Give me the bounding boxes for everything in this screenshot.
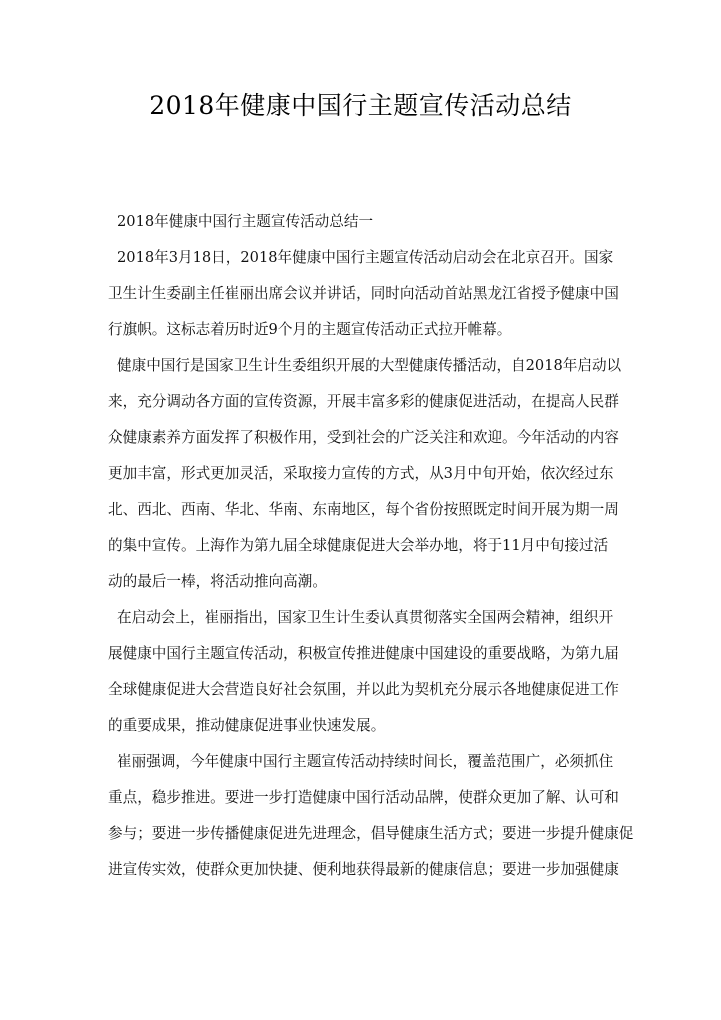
paragraph-line: 行旗帜。这标志着历时近9个月的主题宣传活动正式拉开帷幕。	[108, 312, 628, 348]
paragraph-line: 的重要成果，推动健康促进事业快速发展。	[108, 708, 628, 744]
subtitle-line: 2018年健康中国行主题宣传活动总结一	[108, 204, 628, 240]
paragraph-line: 北、西北、西南、华北、华南、东南地区，每个省份按照既定时间开展为期一周	[108, 492, 628, 528]
paragraph-line: 动的最后一棒，将活动推向高潮。	[108, 564, 628, 600]
paragraph-line: 重点，稳步推进。要进一步打造健康中国行活动品牌，使群众更加了解、认可和	[108, 780, 628, 816]
paragraph-line: 全球健康促进大会营造良好社会氛围，并以此为契机充分展示各地健康促进工作	[108, 672, 628, 708]
paragraph-line: 参与；要进一步传播健康促进先进理念，倡导健康生活方式；要进一步提升健康促	[108, 816, 628, 852]
paragraph-line: 崔丽强调，今年健康中国行主题宣传活动持续时间长，覆盖范围广，必须抓住	[108, 744, 628, 780]
paragraph-line: 健康中国行是国家卫生计生委组织开展的大型健康传播活动，自2018年启动以	[108, 348, 628, 384]
paragraph-line: 卫生计生委副主任崔丽出席会议并讲话，同时向活动首站黑龙江省授予健康中国	[108, 276, 628, 312]
paragraph-line: 更加丰富，形式更加灵活，采取接力宣传的方式，从3月中旬开始，依次经过东	[108, 456, 628, 492]
paragraph-line: 进宣传实效，使群众更加快捷、便利地获得最新的健康信息；要进一步加强健康	[108, 852, 628, 888]
paragraph-line: 来，充分调动各方面的宣传资源，开展丰富多彩的健康促进活动，在提高人民群	[108, 384, 628, 420]
paragraph-line: 2018年3月18日，2018年健康中国行主题宣传活动启动会在北京召开。国家	[108, 240, 628, 276]
document-title: 2018年健康中国行主题宣传活动总结	[0, 88, 721, 124]
paragraph-line: 的集中宣传。上海作为第九届全球健康促进大会举办地，将于11月中旬接过活	[108, 528, 628, 564]
document-page: 2018年健康中国行主题宣传活动总结 2018年健康中国行主题宣传活动总结一 2…	[0, 0, 721, 1020]
paragraph-line: 展健康中国行主题宣传活动，积极宣传推进健康中国建设的重要战略，为第九届	[108, 636, 628, 672]
document-body: 2018年健康中国行主题宣传活动总结一 2018年3月18日，2018年健康中国…	[108, 204, 628, 888]
paragraph-line: 众健康素养方面发挥了积极作用，受到社会的广泛关注和欢迎。今年活动的内容	[108, 420, 628, 456]
paragraph-line: 在启动会上，崔丽指出，国家卫生计生委认真贯彻落实全国两会精神，组织开	[108, 600, 628, 636]
